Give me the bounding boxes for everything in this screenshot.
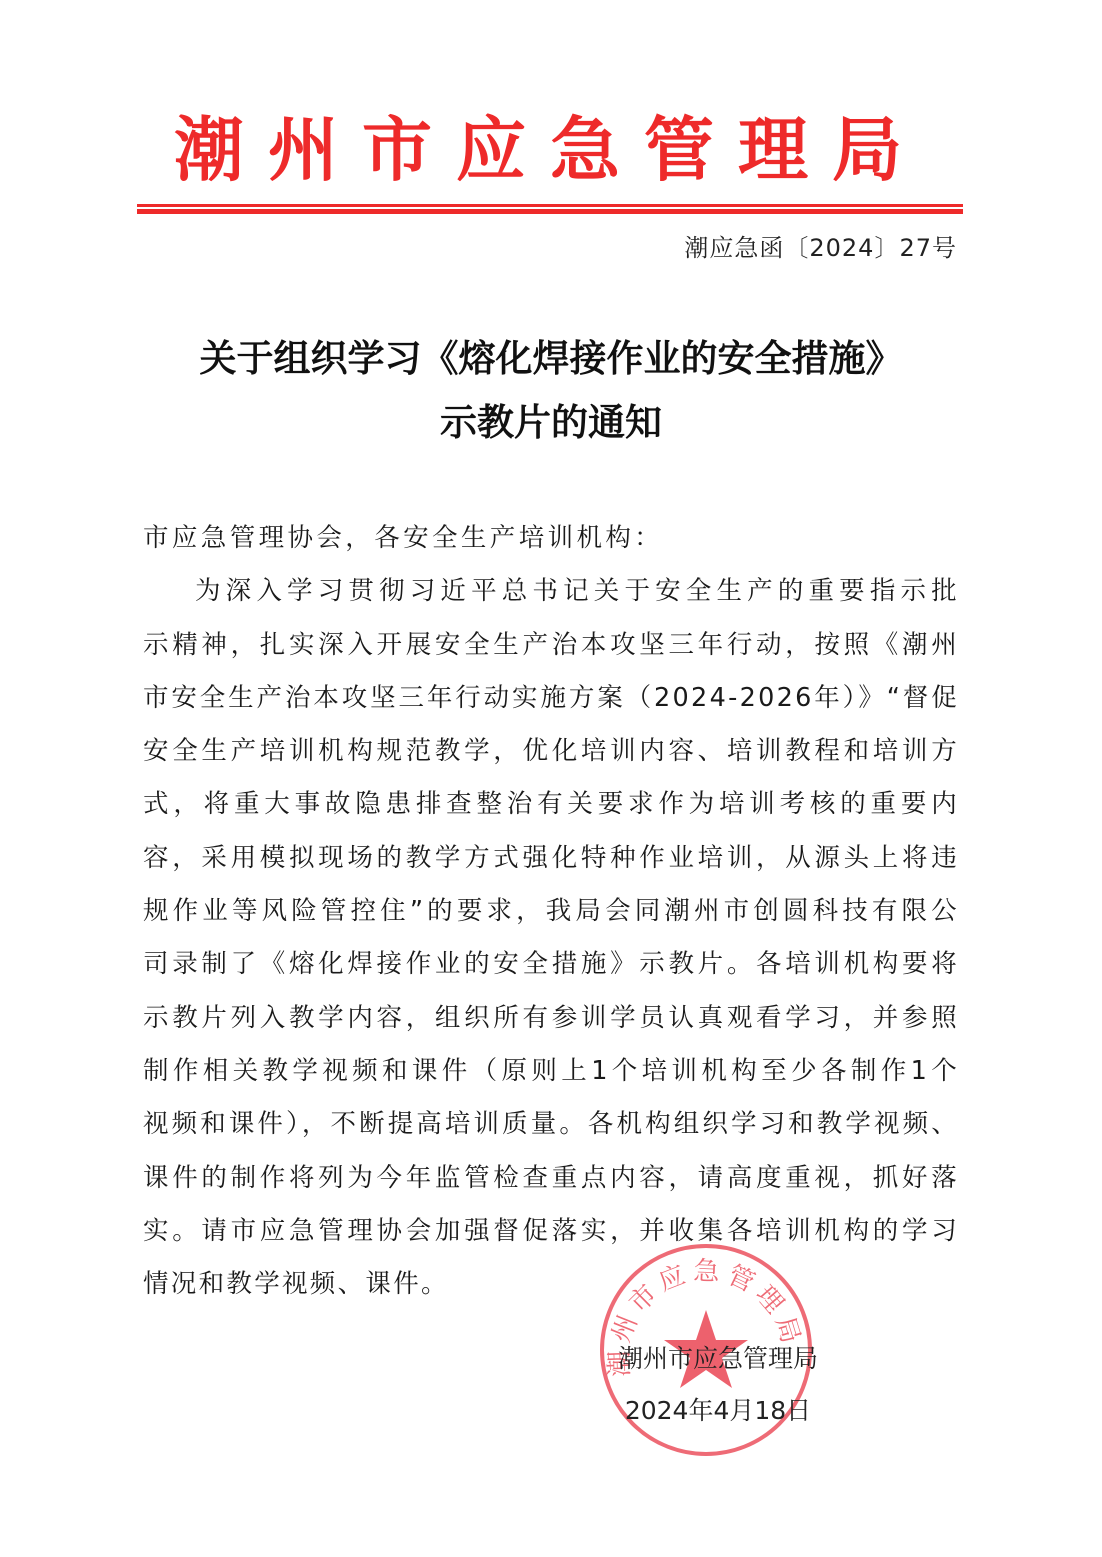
- issuer-masthead: 潮州市应急管理局: [137, 108, 963, 192]
- signature-date: 2024年4月18日: [598, 1391, 838, 1431]
- document-title-line-1: 关于组织学习《熔化焊接作业的安全措施》: [100, 334, 1002, 382]
- body-line: 示精神，扎实深入开展安全生产治本攻坚三年行动，按照《潮州: [143, 619, 959, 672]
- body-line: 安全生产培训机构规范教学，优化培训内容、培训教程和培训方: [143, 725, 959, 778]
- signature-organization: 潮州市应急管理局: [598, 1339, 838, 1379]
- document-body: 市应急管理协会，各安全生产培训机构： 为深入学习贯彻习近平总书记关于安全生产的重…: [143, 512, 959, 1311]
- document-number: 潮应急函〔2024〕27号: [684, 231, 957, 265]
- body-line: 实。请市应急管理协会加强督促落实，并收集各培训机构的学习: [143, 1205, 959, 1258]
- body-line: 为深入学习贯彻习近平总书记关于安全生产的重要指示批: [143, 565, 959, 618]
- body-line: 情况和教学视频、课件。: [143, 1258, 959, 1311]
- header-rule-thin: [137, 204, 963, 207]
- addressee: 市应急管理协会，各安全生产培训机构：: [143, 512, 959, 565]
- document-title-line-2: 示教片的通知: [100, 398, 1002, 446]
- body-line: 市安全生产治本攻坚三年行动实施方案（2024-2026年）》“督促: [143, 672, 959, 725]
- body-line: 示教片列入教学内容，组织所有参训学员认真观看学习，并参照: [143, 992, 959, 1045]
- header-rule-thick: [137, 209, 963, 214]
- body-line: 课件的制作将列为今年监管检查重点内容，请高度重视，抓好落: [143, 1152, 959, 1205]
- body-line: 规作业等风险管控住”的要求，我局会同潮州市创圆科技有限公: [143, 885, 959, 938]
- body-line: 司录制了《熔化焊接作业的安全措施》示教片。各培训机构要将: [143, 938, 959, 991]
- body-line: 容，采用模拟现场的教学方式强化特种作业培训，从源头上将违: [143, 832, 959, 885]
- body-line: 制作相关教学视频和课件（原则上1个培训机构至少各制作1个: [143, 1045, 959, 1098]
- body-line: 式，将重大事故隐患排查整治有关要求作为培训考核的重要内: [143, 778, 959, 831]
- body-line: 视频和课件），不断提高培训质量。各机构组织学习和教学视频、: [143, 1098, 959, 1151]
